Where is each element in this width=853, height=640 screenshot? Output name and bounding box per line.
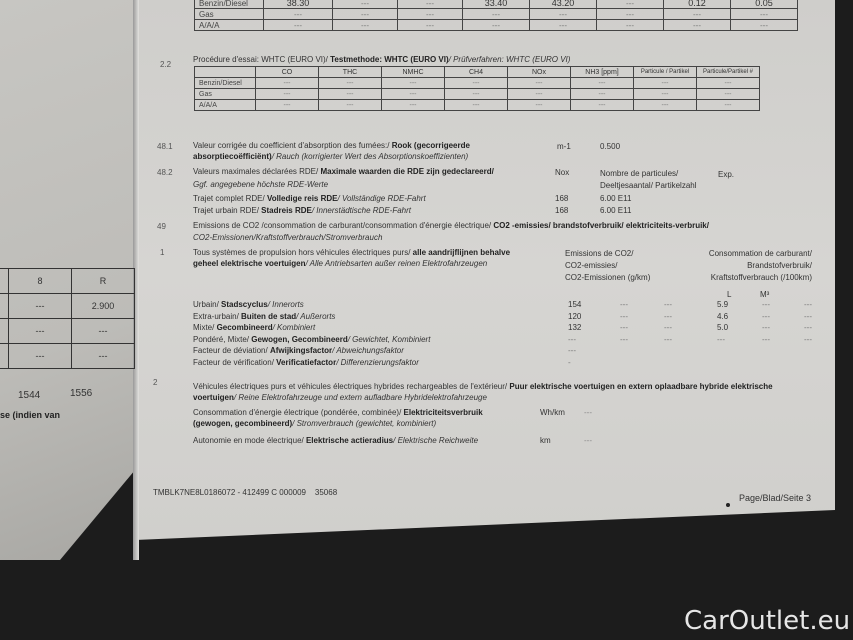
section-number-49: 49 xyxy=(157,222,166,231)
consumption-x: --- xyxy=(804,323,812,332)
consumption-co2: --- xyxy=(568,335,576,344)
table-row: Benzin/Diesel 38.30 --- --- 33.40 43.20 … xyxy=(195,0,798,9)
electric-range: Autonomie en mode électrique/ Elektrisch… xyxy=(193,436,478,445)
consumption-c3: --- xyxy=(664,300,672,309)
bullet-dot xyxy=(726,503,730,507)
left-header-8: 8 xyxy=(9,269,72,294)
unit-m3: M³ xyxy=(760,290,769,299)
consumption-co2: --- xyxy=(568,346,576,355)
consumption-c2: --- xyxy=(620,300,628,309)
table-row: A/A/A ------------------------ xyxy=(195,100,760,111)
nox-header: Nox xyxy=(555,168,569,177)
particles-header: Nombre de particules/ Deeltjesaantal/ Pa… xyxy=(600,168,710,192)
consumption-row-label: Facteur de déviation/ Afwijkingsfactor/ … xyxy=(193,346,404,355)
section-48-1-unit: m-1 xyxy=(557,142,571,151)
left-number-1: 1544 xyxy=(18,390,40,401)
consumption-c3: --- xyxy=(664,335,672,344)
emissions-table-top: Benzin/Diesel 38.30 --- --- 33.40 43.20 … xyxy=(194,0,798,31)
exp-header: Exp. xyxy=(718,170,734,179)
left-number-2: 1556 xyxy=(70,388,92,399)
rde-complete-nox: 168 xyxy=(555,194,568,203)
section-1-title: Tous systèmes de propulsion hors véhicul… xyxy=(193,247,533,269)
consumption-row-label: Mixte/ Gecombineerd/ Kombiniert xyxy=(193,323,315,332)
section-49-title: Emissions de CO2 /consommation de carbur… xyxy=(193,221,709,230)
electric-range-value: --- xyxy=(584,436,592,445)
consumption-l: 5.9 xyxy=(717,300,728,309)
electric-consumption: Consommation d'énergie électrique (pondé… xyxy=(193,407,523,429)
rde-urban-particles: 6.00 E11 xyxy=(600,206,631,215)
page-number: Page/Blad/Seite 3 xyxy=(739,493,811,503)
consumption-c2: --- xyxy=(620,335,628,344)
unit-l: L xyxy=(727,290,731,299)
section-49-title-de: CO2-Emissionen/Kraftstoffverbrauch/Strom… xyxy=(193,233,382,242)
consumption-x: --- xyxy=(804,300,812,309)
consumption-row-label: Extra-urbain/ Buiten de stad/ Außerorts xyxy=(193,312,335,321)
consumption-co2: 132 xyxy=(568,323,581,332)
rde-row-complete: Trajet complet RDE/ Volledige reis RDE/ … xyxy=(193,194,426,203)
section-number-2-2: 2.2 xyxy=(160,60,171,69)
section-2-2-title: Procédure d'essai: WHTC (EURO VI)/ Testm… xyxy=(193,55,570,64)
section-48-2-title: Valeurs maximales déclarées RDE/ Maximal… xyxy=(193,167,494,176)
electric-consumption-value: --- xyxy=(584,408,592,417)
table-row: Benzin/Diesel ------------------------ xyxy=(195,78,760,89)
table-row: Gas ------------------------ xyxy=(195,9,798,20)
consumption-c3: --- xyxy=(664,323,672,332)
rde-urban-nox: 168 xyxy=(555,206,568,215)
consumption-x: --- xyxy=(804,312,812,321)
consumption-m3: --- xyxy=(762,335,770,344)
left-page-table: 8R ---2.900 ------ ------ xyxy=(0,268,135,369)
table-row: Gas ------------------------ xyxy=(195,89,760,100)
section-number-1: 1 xyxy=(160,248,164,257)
left-header-r: R xyxy=(72,269,135,294)
table-row: A/A/A ------------------------ xyxy=(195,20,798,31)
consumption-l: 4.6 xyxy=(717,312,728,321)
consumption-m3: --- xyxy=(762,323,770,332)
consumption-c3: --- xyxy=(664,312,672,321)
consumption-co2: 154 xyxy=(568,300,581,309)
rde-complete-particles: 6.00 E11 xyxy=(600,194,631,203)
consumption-c2: --- xyxy=(620,323,628,332)
consumption-c2: --- xyxy=(620,312,628,321)
consumption-co2: - xyxy=(568,358,571,367)
whtc-table: CO THC NMHC CH4 NOx NH3 [ppm] Particule … xyxy=(194,66,760,111)
fuel-header: Consommation de carburant/ Brandstofverb… xyxy=(690,248,812,284)
rde-row-urban: Trajet urbain RDE/ Stadreis RDE/ Innerst… xyxy=(193,206,411,215)
co2-header: Emissions de CO2/ CO2-emissies/ CO2-Emis… xyxy=(565,248,650,284)
section-number-48-2: 48.2 xyxy=(157,168,173,177)
section-number-2: 2 xyxy=(153,378,157,387)
watermark-logo: CarOutlet.eu xyxy=(684,606,850,636)
consumption-co2: 120 xyxy=(568,312,581,321)
consumption-m3: --- xyxy=(762,300,770,309)
section-number-48-1: 48.1 xyxy=(157,142,173,151)
section-48-1-value: 0.500 xyxy=(600,142,620,151)
consumption-x: --- xyxy=(804,335,812,344)
electric-range-unit: km xyxy=(540,436,551,445)
consumption-l: --- xyxy=(717,335,725,344)
consumption-row-label: Urbain/ Stadscyclus/ Innerorts xyxy=(193,300,304,309)
section-2-title: Véhicules électriques purs et véhicules … xyxy=(193,381,803,403)
consumption-m3: --- xyxy=(762,312,770,321)
vin-line: TMBLK7NE8L0186072 - 412499 C 000009 3506… xyxy=(153,488,337,497)
consumption-l: 5.0 xyxy=(717,323,728,332)
electric-consumption-unit: Wh/km xyxy=(540,408,565,417)
section-48-1-text: Valeur corrigée du coefficient d'absorpt… xyxy=(193,140,543,162)
consumption-row-label: Facteur de vérification/ Verificatiefact… xyxy=(193,358,419,367)
section-48-2-title-de: Ggf. angegebene höchste RDE-Werte xyxy=(193,180,328,189)
left-text-fragment: se (indien van xyxy=(0,410,60,420)
consumption-row-label: Pondéré, Mixte/ Gewogen, Gecombineerd/ G… xyxy=(193,335,430,344)
